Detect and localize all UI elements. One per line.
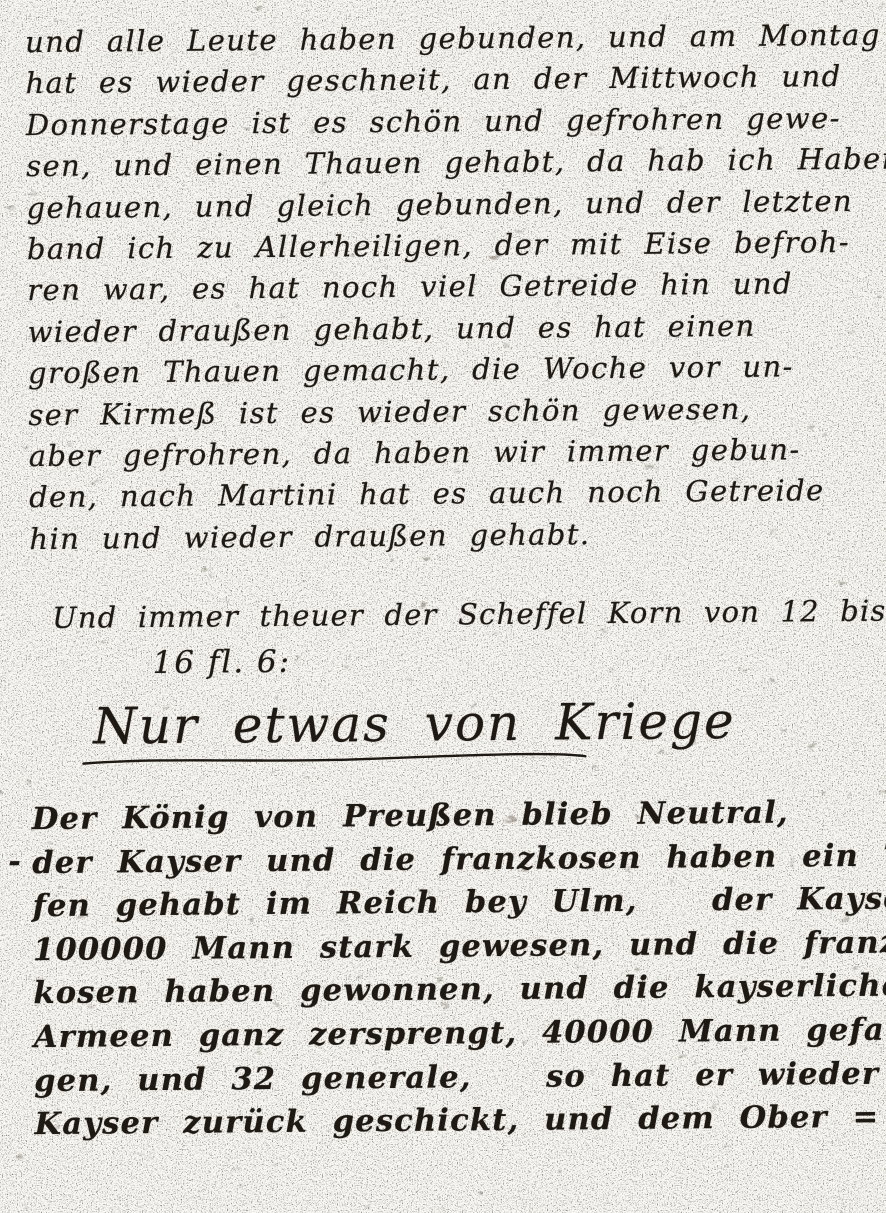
- text-line: den, nach Martini hat es auch noch Getre…: [29, 470, 886, 519]
- text-line: ren war, es hat noch viel Getreide hin u…: [27, 263, 886, 312]
- text-line: wieder draußen gehabt, und es hat einen: [27, 304, 886, 353]
- text-line: Armeen ganz zersprengt, 40000 Mann gefan…: [34, 1008, 886, 1060]
- section-heading: Nur etwas von Kriege: [93, 692, 736, 770]
- margin-dash-mark: -: [8, 844, 21, 879]
- text-line: aber gefrohren, da haben wir immer gebun…: [29, 428, 886, 477]
- text-line: sen, und einen Thauen gehabt, da hab ich…: [26, 139, 886, 188]
- text-line: fen gehabt im Reich bey Ulm, der Kayser …: [32, 877, 886, 929]
- text-line: Der König von Preußen blieb Neutral,: [32, 790, 886, 842]
- section-heading-text: Nur etwas von Kriege: [93, 692, 736, 756]
- paragraph-weather-harvest: und alle Leute haben gebunden, und am Mo…: [25, 14, 886, 560]
- text-line: gehauen, und gleich gebunden, und der le…: [26, 180, 886, 229]
- grain-price-value: 16 fl. 6:: [152, 644, 291, 681]
- text-line: der Kayser und die franzkosen haben ein …: [32, 833, 886, 885]
- text-line: hat es wieder geschneit, an der Mittwoch…: [25, 56, 886, 105]
- text-line: gen, und 32 generale, so hat er wieder d…: [34, 1051, 886, 1103]
- text-line: kosen haben gewonnen, und die kayserlich…: [33, 964, 886, 1016]
- text-line: großen Thauen gemacht, die Woche vor un-: [28, 346, 886, 395]
- text-line: ser Kirmeß ist es wieder schön gewesen,: [28, 387, 886, 436]
- text-line: hin und wieder draußen gehabt.: [29, 511, 886, 560]
- heading-underline-stroke: [81, 749, 587, 767]
- manuscript-content: und alle Leute haben gebunden, und am Mo…: [0, 0, 886, 1213]
- text-line: Kayser zurück geschickt, und dem Ober =: [34, 1095, 886, 1147]
- manuscript-page: und alle Leute haben gebunden, und am Mo…: [0, 0, 886, 1213]
- grain-price-note: Und immer theuer der Scheffel Korn von 1…: [52, 594, 886, 635]
- paragraph-war-news: - Der König von Preußen blieb Neutral, d…: [32, 790, 886, 1147]
- text-line: 100000 Mann stark gewesen, und die franz…: [33, 920, 886, 972]
- text-line: band ich zu Allerheiligen, der mit Eise …: [27, 221, 886, 270]
